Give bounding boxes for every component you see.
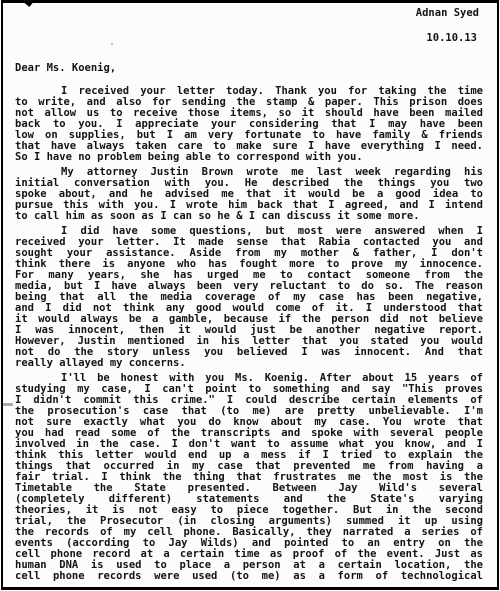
letter-line: really allayed my concerns. [15,358,483,369]
letter-paragraph: My attorney Justin Brown wrote me last w… [15,167,483,222]
letter-line: cell phone records were used (to me) as … [15,571,483,582]
letter-salutation: Dear Ms. Koenig, [15,63,483,74]
letter-paragraph: I received your letter today. Thank you … [15,86,483,163]
letter-date: 10.10.13 [15,33,479,44]
letter-line: So I have no problem being able to corre… [15,152,483,163]
letter-content: Adnan Syed 10.10.13 Dear Ms. Koenig, I r… [3,3,497,587]
scanned-letter-page: Adnan Syed 10.10.13 Dear Ms. Koenig, I r… [0,0,500,591]
letter-body: I received your letter today. Thank you … [15,86,483,582]
letter-line: to call him as soon as I can so he & I c… [15,211,483,222]
letter-paragraph: I'll be honest with you Ms. Koenig. Afte… [15,373,483,582]
letter-paragraph: I did have some questions, but most were… [15,226,483,369]
letter-author: Adnan Syed [15,8,479,19]
letter-header: Adnan Syed 10.10.13 [15,8,483,44]
